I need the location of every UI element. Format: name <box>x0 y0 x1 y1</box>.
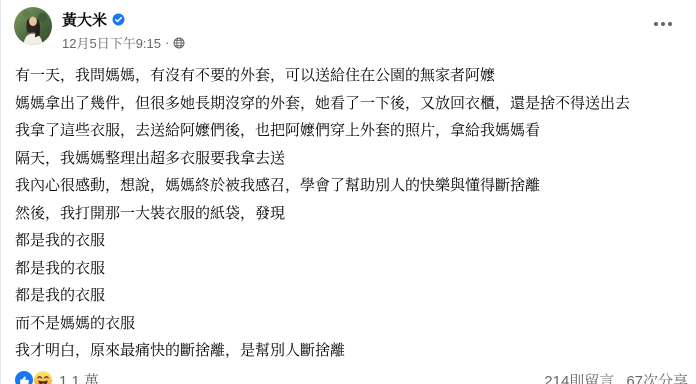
ellipsis-icon <box>654 22 658 26</box>
post-text-line: 我內心很感動，想說，媽媽終於被我感召，學會了幫助別人的快樂與懂得斷捨離 <box>15 172 680 200</box>
haha-reaction-icon[interactable] <box>34 371 52 384</box>
avatar[interactable] <box>14 7 52 45</box>
post-text-line: 隔天，我媽媽整理出超多衣服要我拿去送 <box>15 145 680 173</box>
header-info: 黃大米 12月5日下午9:15 · <box>62 7 185 52</box>
author-name[interactable]: 黃大米 <box>62 9 107 30</box>
post-text-line: 我才明白，原來最痛快的斷捨離，是幫別人斷捨離 <box>15 337 680 365</box>
reaction-icons[interactable] <box>15 371 52 384</box>
verified-badge-icon <box>112 13 125 26</box>
ellipsis-icon <box>668 22 672 26</box>
post-text-line: 我拿了這些衣服，去送給阿嬤們後，也把阿嬤們穿上外套的照片，拿給我媽媽看 <box>15 117 680 145</box>
facebook-post-card: 黃大米 12月5日下午9:15 · <box>0 0 696 384</box>
timestamp-row: 12月5日下午9:15 · <box>62 33 185 52</box>
ellipsis-icon <box>661 22 665 26</box>
shares-count[interactable]: 67次分享 <box>626 370 688 384</box>
post-text-line: 都是我的衣服 <box>15 282 680 310</box>
reaction-count[interactable]: 1.1 萬 <box>59 370 99 384</box>
post-text-line: 都是我的衣服 <box>15 227 680 255</box>
post-text-line: 有一天，我問媽媽，有沒有不要的外套，可以送給住在公園的無家者阿嬤 <box>15 62 680 90</box>
post-body: 有一天，我問媽媽，有沒有不要的外套，可以送給住在公園的無家者阿嬤 媽媽拿出了幾件… <box>1 52 696 365</box>
post-header: 黃大米 12月5日下午9:15 · <box>1 0 696 52</box>
like-reaction-icon[interactable] <box>15 371 33 384</box>
avatar-photo <box>14 7 52 45</box>
timestamp-separator: · <box>165 35 169 50</box>
post-menu-button[interactable] <box>652 16 674 32</box>
author-row: 黃大米 <box>62 9 185 30</box>
post-text-line: 然後，我打開那一大裝衣服的紙袋，發現 <box>15 200 680 228</box>
timestamp[interactable]: 12月5日下午9:15 <box>62 33 161 52</box>
post-text-line: 媽媽拿出了幾件，但很多她長期沒穿的外套，她看了一下後，又放回衣櫃，還是捨不得送出… <box>15 90 680 118</box>
post-text-line: 而不是媽媽的衣服 <box>15 310 680 338</box>
reaction-summary-row: 1.1 萬 214則留言 67次分享 <box>1 366 696 384</box>
globe-icon <box>173 37 185 49</box>
comments-count[interactable]: 214則留言 <box>544 370 614 384</box>
post-text-line: 都是我的衣服 <box>15 255 680 283</box>
